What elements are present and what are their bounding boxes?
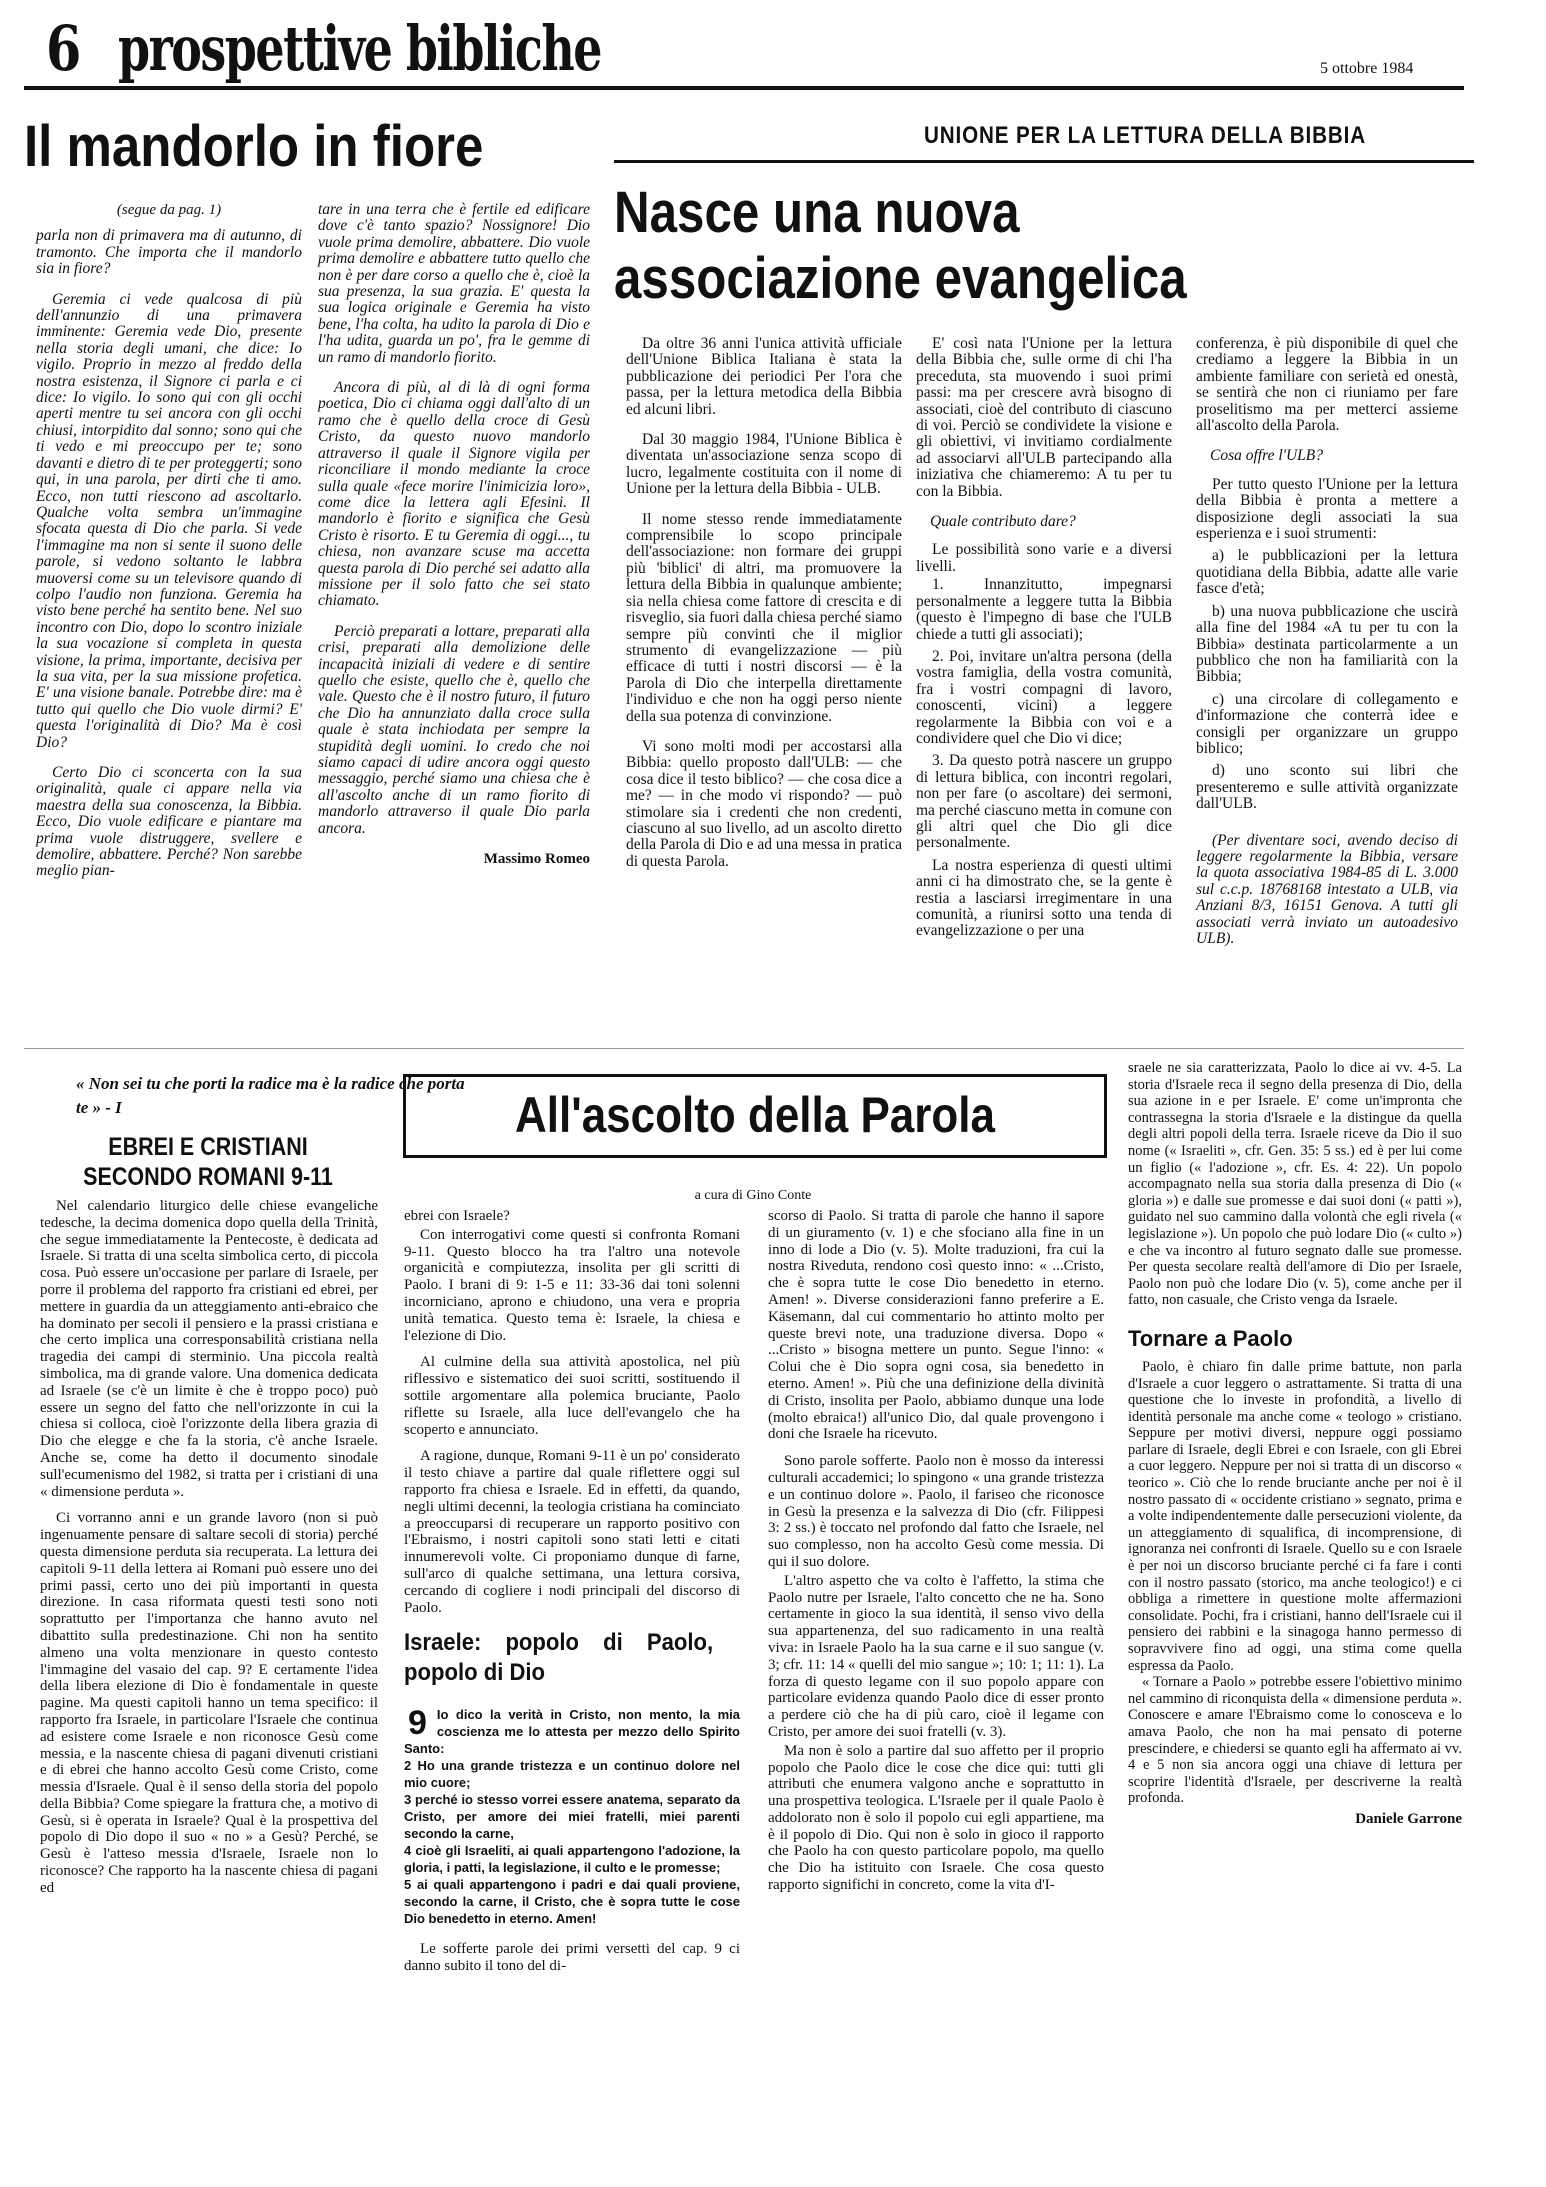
headline-line-2: associazione evangelica (614, 246, 1187, 312)
paragraph: Dal 30 maggio 1984, l'Unione Biblica è d… (626, 432, 902, 498)
paragraph: La nostra esperienza di questi ultimi an… (916, 858, 1172, 940)
ascolto-column-1: Nel calendario liturgico delle chiese ev… (40, 1198, 378, 1907)
paragraph: L'altro aspetto che va colto è l'affetto… (768, 1573, 1104, 1741)
page-number: 6 (46, 14, 81, 84)
paragraph: Certo Dio ci sconcerta con la sua origin… (36, 765, 302, 880)
paragraph: tare in una terra che è fertile ed edifi… (318, 202, 590, 366)
paragraph: Con interrogativi come questi si confron… (404, 1227, 740, 1345)
verse-5: 5 ai quali appartengono i padri e dai qu… (404, 1876, 740, 1927)
list-item: c) una circolare di collegamento e d'inf… (1196, 692, 1458, 758)
paragraph: Per tutto questo l'Unione per la lettura… (1196, 477, 1458, 543)
paragraph: Da oltre 36 anni l'unica attività uffici… (626, 336, 902, 418)
verse-2: 2 Ho una grande tristezza e un continuo … (404, 1757, 740, 1791)
paragraph: Ancora di più, al di là di ogni forma po… (318, 380, 590, 610)
list-item: 1. Innanzitutto, impegnarsi personalment… (916, 577, 1172, 643)
list-item: 2. Poi, invitare un'altra persona (della… (916, 649, 1172, 747)
section-label-ulb: UNIONE PER LA LETTURA DELLA BIBBIA (924, 122, 1366, 150)
masthead-rule (24, 86, 1464, 90)
membership-note: (Per diventare soci, avendo deciso di le… (1196, 833, 1458, 948)
subheadline-israele: Israele: popolo di Paolo, popolo di Dio (404, 1628, 713, 1688)
author-signature: Daniele Garrone (1128, 1811, 1462, 1828)
ulb-column-2: E' così nata l'Unione per la lettura del… (916, 336, 1172, 954)
headline-ebrei-cristiani: EBREI E CRISTIANI SECONDO ROMANI 9-11 (79, 1132, 337, 1192)
list-item: a) le pubblicazioni per la lettura quoti… (1196, 548, 1458, 597)
paragraph: Le sofferte parole dei primi versetti de… (404, 1941, 740, 1975)
list-item: b) una nuova pubblicazione che uscirà al… (1196, 604, 1458, 686)
verse-3: 3 perché io stesso vorrei essere anatema… (404, 1791, 740, 1842)
section-masthead-title: prospettive bibliche (118, 14, 601, 84)
list-item: d) uno sconto sui libri che presenteremo… (1196, 763, 1458, 812)
ascolto-column-4: sraele ne sia caratterizzata, Paolo lo d… (1128, 1060, 1462, 1828)
author-signature: Massimo Romeo (318, 851, 590, 867)
section-divider (24, 1048, 1464, 1049)
paragraph: E' così nata l'Unione per la lettura del… (916, 336, 1172, 500)
column-title: All'ascolto della Parola (448, 1085, 1062, 1145)
paragraph: Geremia ci vede qualcosa di più dell'ann… (36, 292, 302, 751)
subheading-offerta: Cosa offre l'ULB? (1210, 448, 1458, 464)
paragraph: ebrei con Israele? (404, 1208, 740, 1225)
scripture-verses: 9 Io dico la verità in Cristo, non mento… (404, 1706, 740, 1927)
continued-from-note: (segue da pag. 1) (36, 202, 302, 218)
section-rule (614, 160, 1474, 163)
paragraph: conferenza, è più disponibile di quel ch… (1196, 336, 1458, 434)
paragraph: parla non di primavera ma di autunno, di… (36, 228, 302, 277)
verse-1: Io dico la verità in Cristo, non mento, … (404, 1706, 740, 1757)
byline: a cura di Gino Conte (403, 1188, 1103, 1204)
paragraph: Il nome stesso rende immediatamente comp… (626, 512, 902, 725)
paragraph: Sono parole sofferte. Paolo non è mosso … (768, 1453, 1104, 1571)
list-item: 3. Da questo potrà nascere un gruppo di … (916, 753, 1172, 851)
ascolto-column-2: ebrei con Israele? Con interrogativi com… (404, 1208, 740, 1985)
paragraph: scorso di Paolo. Si tratta di parole che… (768, 1208, 1104, 1443)
mandorlo-column-1: (segue da pag. 1) parla non di primavera… (36, 202, 302, 894)
verse-4: 4 cioè gli Israeliti, ai quali apparteng… (404, 1842, 740, 1876)
chapter-number: 9 (408, 1706, 427, 1740)
paragraph: Ma non è solo a partire dal suo affetto … (768, 1743, 1104, 1894)
paragraph: « Tornare a Paolo » potrebbe essere l'ob… (1128, 1674, 1462, 1807)
subheadline-tornare: Tornare a Paolo (1128, 1325, 1462, 1353)
issue-date: 5 ottobre 1984 (1320, 60, 1413, 78)
column-title-box: All'ascolto della Parola (403, 1074, 1107, 1158)
paragraph: Vi sono molti modi per accostarsi alla B… (626, 739, 902, 870)
subheading-contributo: Quale contributo dare? (930, 514, 1172, 530)
paragraph: Le possibilità sono varie e a diversi li… (916, 542, 1172, 575)
paragraph: A ragione, dunque, Romani 9-11 è un po' … (404, 1448, 740, 1616)
ulb-column-3: conferenza, è più disponibile di quel ch… (1196, 336, 1458, 961)
headline-line-1: Nasce una nuova (614, 180, 1187, 246)
paragraph: Nel calendario liturgico delle chiese ev… (40, 1198, 378, 1500)
paragraph: Paolo, è chiaro fin dalle prime battute,… (1128, 1359, 1462, 1674)
headline-mandorlo: Il mandorlo in fiore (24, 115, 483, 179)
paragraph: Al culmine della sua attività apostolica… (404, 1354, 740, 1438)
mandorlo-column-2: tare in una terra che è fertile ed edifi… (318, 202, 590, 867)
headline-nasce: Nasce una nuova associazione evangelica (614, 180, 1187, 312)
ulb-column-1: Da oltre 36 anni l'unica attività uffici… (626, 336, 902, 884)
ascolto-column-3: scorso di Paolo. Si tratta di parole che… (768, 1208, 1104, 1904)
paragraph: Ci vorranno anni e un grande lavoro (non… (40, 1510, 378, 1896)
paragraph: sraele ne sia caratterizzata, Paolo lo d… (1128, 1060, 1462, 1309)
paragraph: Perciò preparati a lottare, preparati al… (318, 624, 590, 837)
